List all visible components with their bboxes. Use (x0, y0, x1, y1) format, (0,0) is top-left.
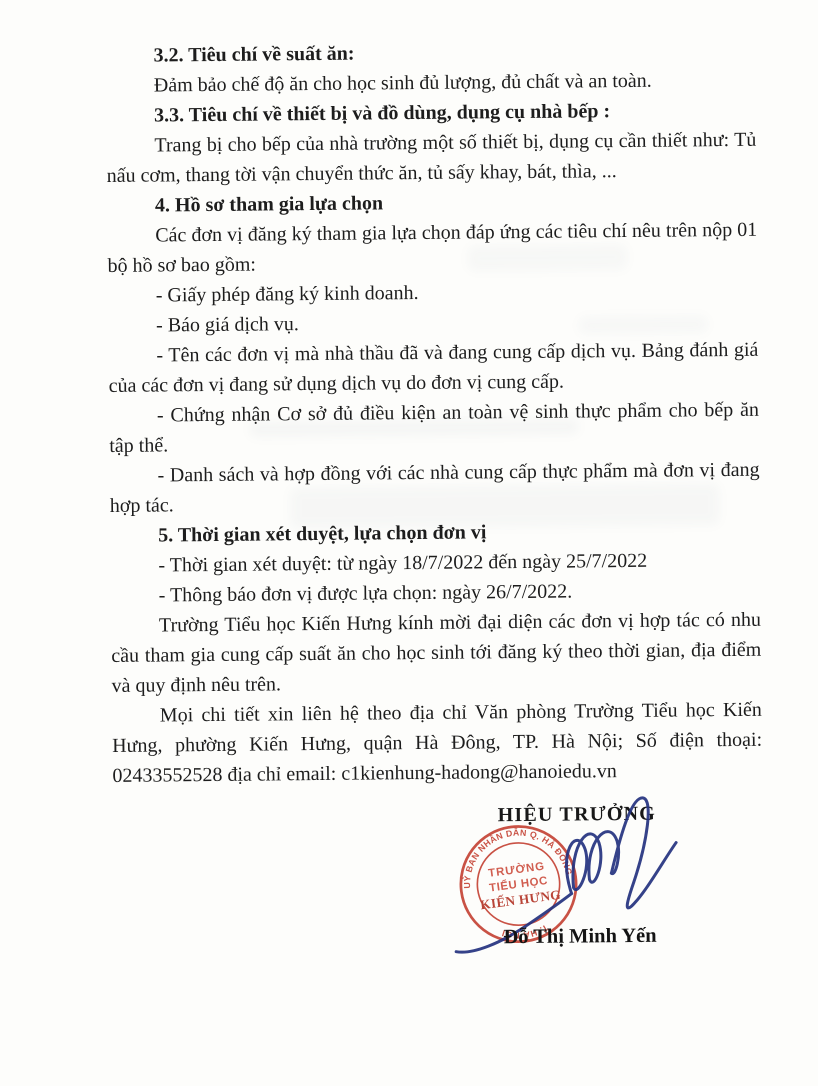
paragraph: Trang bị cho bếp của nhà trường một số t… (106, 125, 757, 191)
scanned-document-page: 3.2. Tiêu chí về suất ăn: Đảm bảo chế độ… (0, 0, 818, 1086)
list-item: - Chứng nhận Cơ sở đủ điều kiện an toàn … (109, 395, 760, 461)
document-content: 3.2. Tiêu chí về suất ăn: Đảm bảo chế độ… (0, 0, 818, 1086)
list-item: - Tên các đơn vị mà nhà thầu đã và đang … (108, 335, 759, 401)
paragraph: Trường Tiểu học Kiến Hưng kính mời đại d… (111, 605, 762, 701)
list-item: - Danh sách và hợp đồng với các nhà cung… (109, 455, 760, 521)
document-body: 3.2. Tiêu chí về suất ăn: Đảm bảo chế độ… (105, 35, 762, 791)
paragraph-contact: Mọi chi tiết xin liên hệ theo địa chỉ Vă… (112, 695, 763, 791)
paragraph: Các đơn vị đăng ký tham gia lựa chọn đáp… (107, 215, 758, 281)
signer-name: Đỗ Thị Minh Yến (430, 924, 730, 950)
